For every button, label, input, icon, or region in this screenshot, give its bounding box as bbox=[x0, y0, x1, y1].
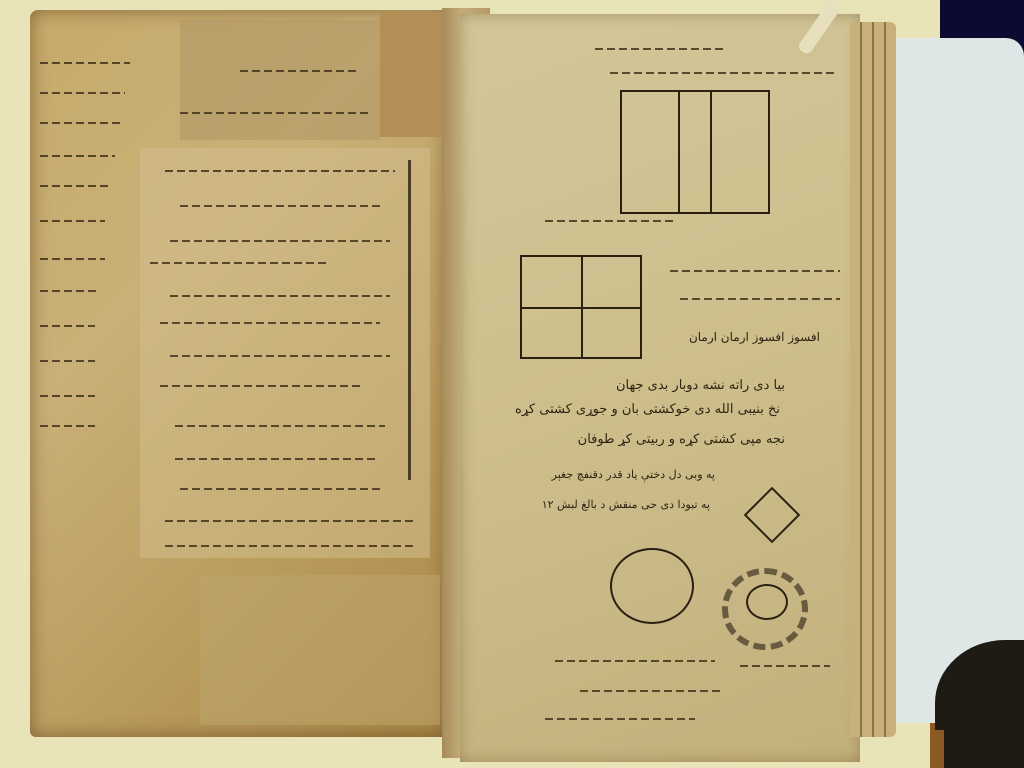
left-page-strip bbox=[380, 12, 442, 137]
text-line bbox=[170, 295, 390, 297]
margin-note-line bbox=[40, 220, 105, 222]
vertical-margin-title bbox=[408, 160, 411, 480]
left-page-main-column bbox=[140, 148, 430, 558]
sun-drawing bbox=[746, 584, 788, 620]
text-line bbox=[545, 220, 675, 222]
verse-line: افسوز افسوز ارمان ارمان bbox=[660, 330, 820, 344]
margin-note-line bbox=[40, 258, 105, 260]
margin-note-line bbox=[40, 185, 110, 187]
text-line bbox=[180, 488, 380, 490]
margin-note-line bbox=[40, 122, 120, 124]
margin-note-line bbox=[40, 92, 125, 94]
text-line bbox=[160, 322, 380, 324]
text-line bbox=[175, 425, 385, 427]
verse-line: په وبی دل دختې یاد قدر دقنفچ جغېر bbox=[495, 468, 715, 481]
left-page-patch-top bbox=[180, 20, 380, 140]
text-line bbox=[680, 298, 840, 300]
margin-note-line bbox=[40, 325, 95, 327]
text-line bbox=[170, 355, 390, 357]
text-line bbox=[150, 262, 330, 264]
left-page-patch-bottom bbox=[200, 575, 440, 725]
margin-note-line bbox=[40, 425, 95, 427]
text-line bbox=[165, 545, 415, 547]
header-line bbox=[595, 48, 725, 50]
text-line bbox=[165, 170, 395, 172]
text-line bbox=[180, 205, 380, 207]
text-line bbox=[170, 240, 390, 242]
diagram-grid bbox=[520, 255, 642, 359]
text-line bbox=[545, 718, 695, 720]
text-line bbox=[160, 385, 360, 387]
text-line bbox=[555, 660, 715, 662]
header-line bbox=[180, 112, 370, 114]
text-line bbox=[670, 270, 840, 272]
header-line bbox=[240, 70, 360, 72]
margin-note-line bbox=[40, 290, 100, 292]
verse-line: نجه مپی کشتی کړه و ربیتی کړ طوفان bbox=[555, 432, 785, 447]
verse-line: په تبودا دی حی منقش د بالغ لبش ۱۲ bbox=[510, 498, 710, 511]
verse-line: بیا دی راته نشه دوبار بدی جهان bbox=[555, 378, 785, 393]
text-line bbox=[580, 690, 720, 692]
page-edges bbox=[850, 22, 896, 737]
circle-with-rays-drawing bbox=[610, 548, 694, 624]
white-flyleaf bbox=[893, 38, 1024, 723]
manuscript-photo: افسوز افسوز ارمان ارمان بیا دی راته نشه … bbox=[0, 0, 1024, 768]
margin-note-line bbox=[40, 155, 115, 157]
margin-note-line bbox=[40, 62, 130, 64]
margin-note-line bbox=[40, 395, 95, 397]
diagram-table bbox=[620, 90, 770, 214]
text-line bbox=[175, 458, 375, 460]
verse-line: نخ بنیبی الله دی خوکشتی بان و جوړی کشتی … bbox=[530, 402, 780, 417]
margin-note-line bbox=[40, 360, 95, 362]
text-line bbox=[165, 520, 415, 522]
header-line bbox=[610, 72, 835, 74]
text-line bbox=[740, 665, 830, 667]
